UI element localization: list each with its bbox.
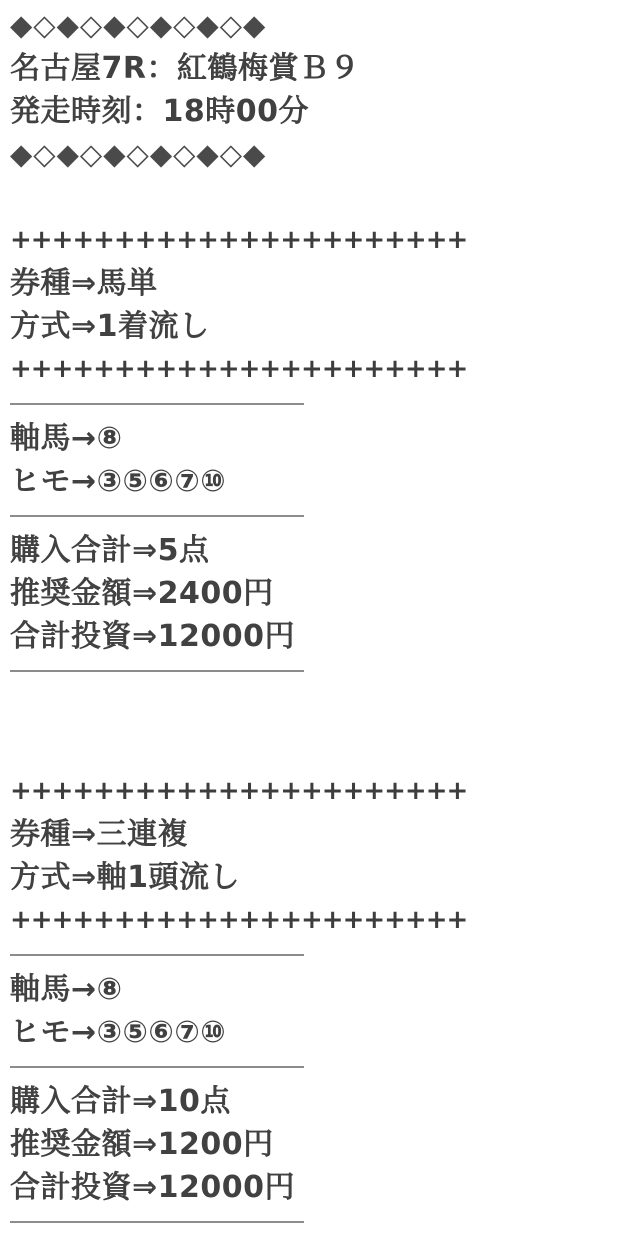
axis-horse: 軸馬→⑧ [10,968,640,1011]
bet-section-umatan: ++++++++++++++++++++++ 券種⇒馬単 方式⇒1着流し +++… [10,219,640,672]
plus-divider: ++++++++++++++++++++++ [10,899,640,942]
horizontal-rule [10,670,304,672]
axis-horse: 軸馬→⑧ [10,417,640,460]
horizontal-rule [10,1066,304,1068]
bet-method: 方式⇒1着流し [10,305,640,348]
blank-line [10,176,640,219]
recommended-amount: 推奨金額⇒1200円 [10,1123,640,1166]
bet-method: 方式⇒軸1頭流し [10,856,640,899]
total-points: 購入合計⇒5点 [10,529,640,572]
total-investment: 合計投資⇒12000円 [10,615,640,658]
bet-section-sanrenpuku: ++++++++++++++++++++++ 券種⇒三連複 方式⇒軸1頭流し +… [10,770,640,1223]
start-time: 発走時刻：18時00分 [10,90,640,133]
horizontal-rule [10,954,304,956]
recommended-amount: 推奨金額⇒2400円 [10,572,640,615]
diamond-decor-line: ◆◇◆◇◆◇◆◇◆◇◆ [10,4,640,47]
diamond-decor-line: ◆◇◆◇◆◇◆◇◆◇◆ [10,133,640,176]
plus-divider: ++++++++++++++++++++++ [10,348,640,391]
race-title: 名古屋7R：紅鶴梅賞Ｂ９ [10,47,640,90]
himo-horses: ヒモ→③⑤⑥⑦⑩ [10,460,640,503]
horizontal-rule [10,515,304,517]
horizontal-rule [10,403,304,405]
total-investment: 合計投資⇒12000円 [10,1166,640,1209]
plus-divider: ++++++++++++++++++++++ [10,770,640,813]
horizontal-rule [10,1221,304,1223]
total-points: 購入合計⇒10点 [10,1080,640,1123]
blank-line [10,727,640,770]
blank-line [10,684,640,727]
page: { "page": { "background_color": "#ffffff… [0,0,640,1241]
ticket-type: 券種⇒馬単 [10,262,640,305]
ticket-type: 券種⇒三連複 [10,813,640,856]
plus-divider: ++++++++++++++++++++++ [10,219,640,262]
himo-horses: ヒモ→③⑤⑥⑦⑩ [10,1011,640,1054]
tips-document: ◆◇◆◇◆◇◆◇◆◇◆ 名古屋7R：紅鶴梅賞Ｂ９ 発走時刻：18時00分 ◆◇◆… [0,0,640,1223]
